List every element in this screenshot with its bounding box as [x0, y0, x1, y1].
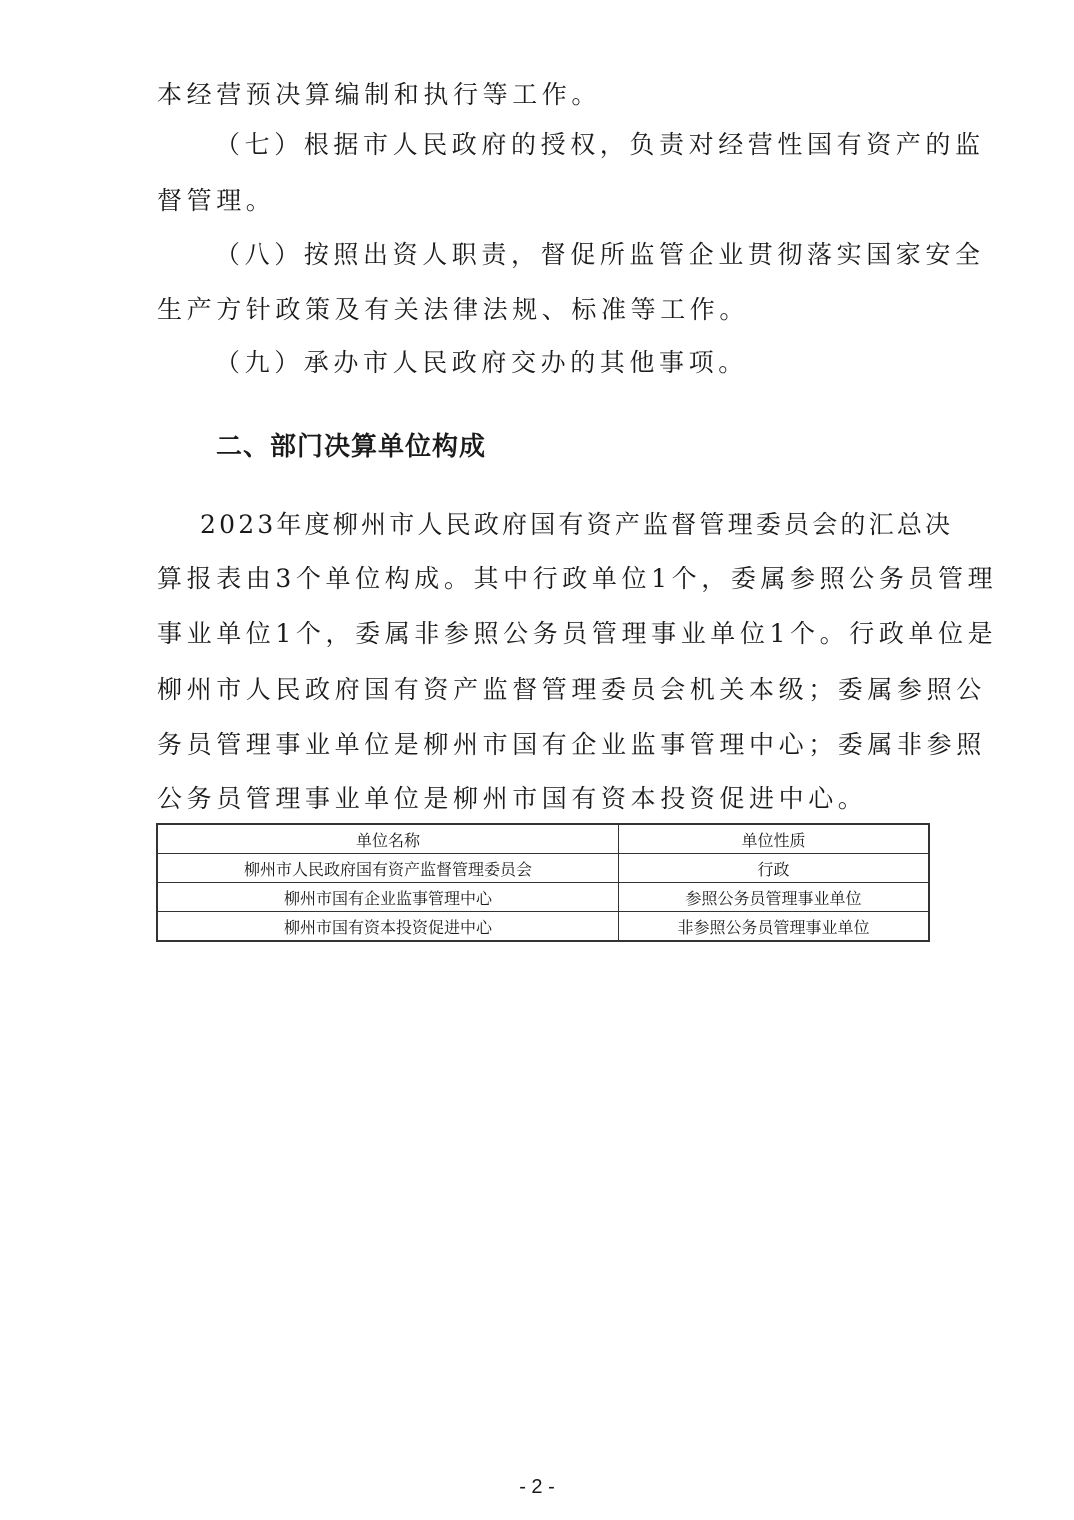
body-line: 2023年度柳州市人民政府国有资产监督管理委员会的汇总决 [200, 510, 929, 540]
table-row: 柳州市人民政府国有资产监督管理委员会 行政 [157, 854, 929, 883]
paragraph-line: （八）按照出资人职责，督促所监管企业贯彻落实国家安全 [215, 240, 929, 270]
header-unit-name: 单位名称 [157, 824, 619, 854]
paragraph-line: 生产方针政策及有关法律法规、标准等工作。 [157, 295, 929, 325]
cell-unit-type: 行政 [619, 854, 930, 883]
paragraph-line: （七）根据市人民政府的授权，负责对经营性国有资产的监 [215, 130, 929, 160]
table-header-row: 单位名称 单位性质 [157, 824, 929, 854]
cell-unit-name: 柳州市国有资本投资促进中心 [157, 912, 619, 942]
body-line: 算报表由3个单位构成。其中行政单位1个，委属参照公务员管理 [157, 564, 929, 594]
cell-unit-type: 参照公务员管理事业单位 [619, 883, 930, 912]
paragraph-line: （九）承办市人民政府交办的其他事项。 [215, 348, 929, 378]
unit-composition-table: 单位名称 单位性质 柳州市人民政府国有资产监督管理委员会 行政 柳州市国有企业监… [156, 823, 930, 942]
section-heading: 二、部门决算单位构成 [216, 426, 486, 463]
page-number: - 2 - [0, 1476, 1074, 1499]
cell-unit-name: 柳州市国有企业监事管理中心 [157, 883, 619, 912]
document-page: 本经营预决算编制和执行等工作。 （七）根据市人民政府的授权，负责对经营性国有资产… [0, 0, 1074, 1520]
body-line: 事业单位1个，委属非参照公务员管理事业单位1个。行政单位是 [157, 619, 929, 649]
body-line: 务员管理事业单位是柳州市国有企业监事管理中心；委属非参照 [157, 730, 929, 760]
paragraph-line: 本经营预决算编制和执行等工作。 [157, 80, 929, 110]
table-row: 柳州市国有企业监事管理中心 参照公务员管理事业单位 [157, 883, 929, 912]
cell-unit-type: 非参照公务员管理事业单位 [619, 912, 930, 942]
table-row: 柳州市国有资本投资促进中心 非参照公务员管理事业单位 [157, 912, 929, 942]
paragraph-line: 督管理。 [157, 186, 929, 216]
body-line: 柳州市人民政府国有资产监督管理委员会机关本级；委属参照公 [157, 675, 929, 705]
cell-unit-name: 柳州市人民政府国有资产监督管理委员会 [157, 854, 619, 883]
body-line: 公务员管理事业单位是柳州市国有资本投资促进中心。 [157, 784, 929, 814]
header-unit-type: 单位性质 [619, 824, 930, 854]
